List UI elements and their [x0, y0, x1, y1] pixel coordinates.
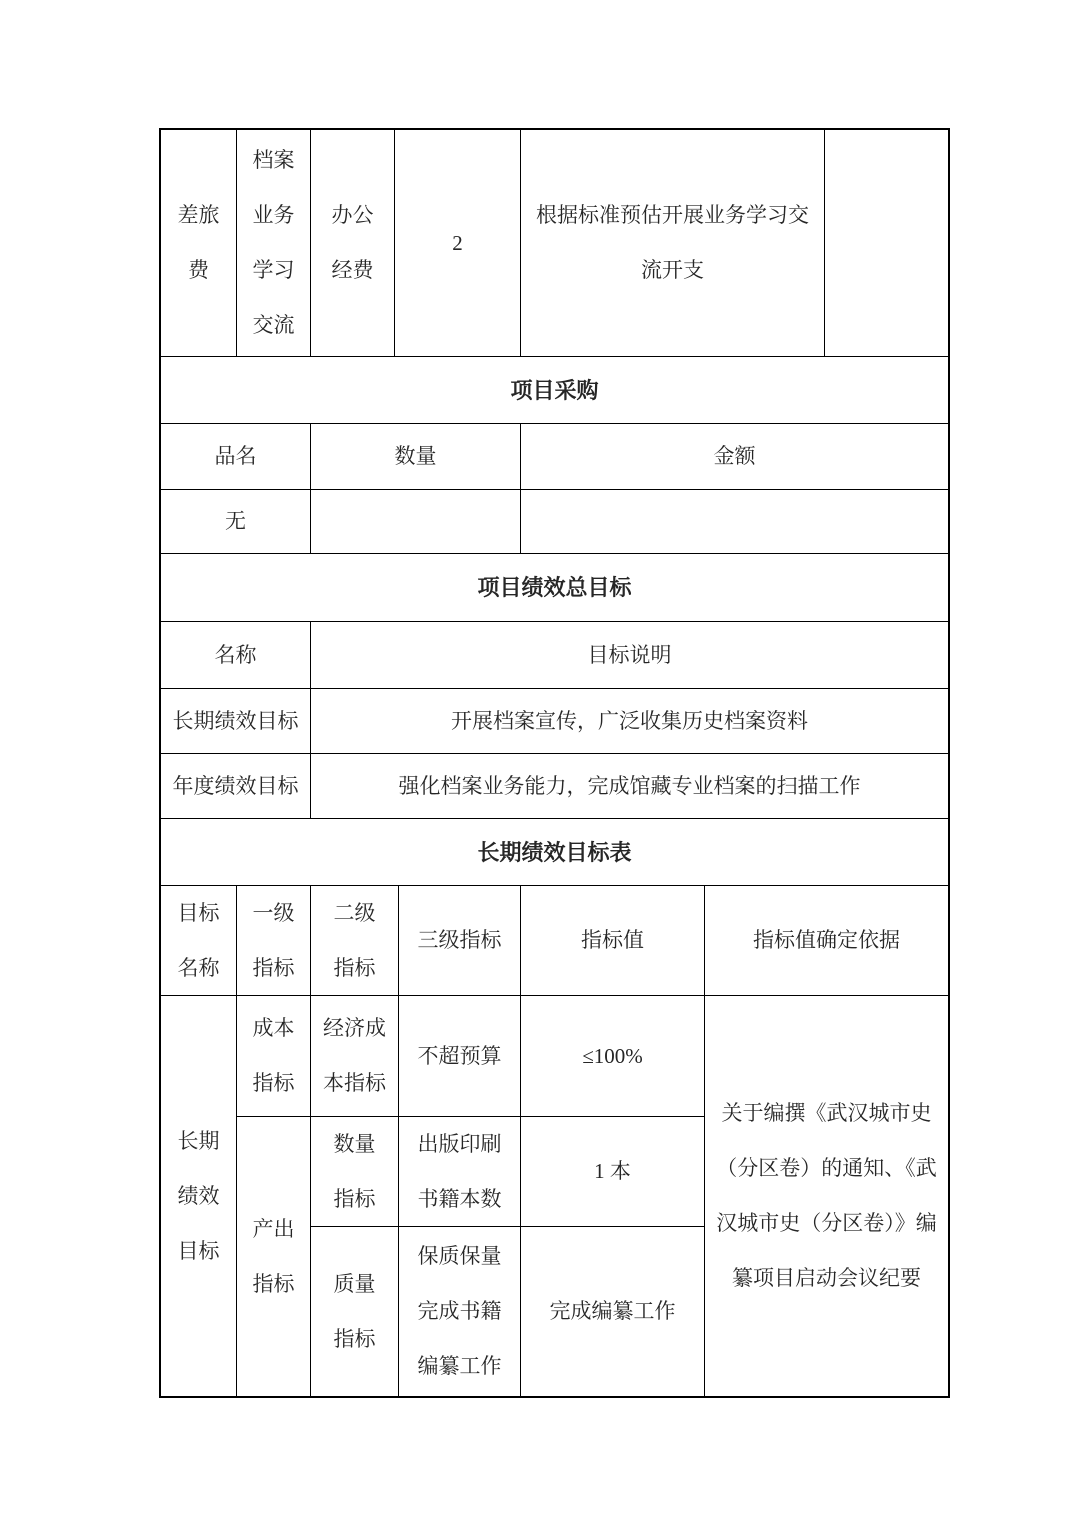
overall-goal-col-name: 名称: [161, 622, 311, 689]
budget-project-cell: 档案 业务 学习 交流: [237, 130, 311, 357]
indicator-header-goal-name: 目标 名称: [161, 886, 237, 996]
longterm-table-title-row: 长期绩效目标表: [161, 819, 948, 886]
procurement-col-amount: 金额: [521, 424, 948, 490]
performance-document-table: 差旅 费 档案 业务 学习 交流 办公 经费 2 根据标准预估开展业务学习交 流…: [159, 128, 950, 1398]
level2-quality-cell: 质量 指标: [311, 1227, 399, 1396]
indicator-header-basis: 指标值确定依据: [705, 886, 948, 996]
annual-goal-row: 年度绩效目标 强化档案业务能力，完成馆藏专业档案的扫描工作: [161, 754, 948, 819]
budget-note-cell: [825, 130, 948, 357]
level3-books-printed-cell: 出版印刷 书籍本数: [399, 1117, 521, 1227]
document-page: { "colors": { "background": "#ffffff", "…: [0, 0, 1074, 1520]
value-compile-books-cell: 完成编纂工作: [521, 1227, 705, 1396]
procurement-title-row: 项目采购: [161, 357, 948, 424]
overall-goal-header-row: 名称 目标说明: [161, 622, 948, 689]
level2-economic-cost-cell: 经济成 本指标: [311, 996, 399, 1117]
longterm-indicator-grid: 目标 名称 一级 指标 二级 指标 三级指标 指标值 指标值确定依据 长期 绩效…: [161, 886, 948, 1396]
level3-within-budget-cell: 不超预算: [399, 996, 521, 1117]
value-within-budget-cell: ≤100%: [521, 996, 705, 1117]
level1-cost-cell: 成本 指标: [237, 996, 311, 1117]
procurement-col-qty: 数量: [311, 424, 521, 490]
level2-quantity-cell: 数量 指标: [311, 1117, 399, 1227]
budget-funding-type-cell: 办公 经费: [311, 130, 395, 357]
longterm-table-title: 长期绩效目标表: [161, 819, 948, 886]
indicator-header-value: 指标值: [521, 886, 705, 996]
procurement-amount-cell: [521, 490, 948, 554]
level1-output-cell: 产出 指标: [237, 1117, 311, 1396]
indicator-header-level3: 三级指标: [399, 886, 521, 996]
procurement-title: 项目采购: [161, 357, 948, 424]
annual-goal-name-cell: 年度绩效目标: [161, 754, 311, 819]
budget-basis-cell: 根据标准预估开展业务学习交 流开支: [521, 130, 825, 357]
longterm-goal-name-cell: 长期绩效目标: [161, 689, 311, 754]
longterm-goal-row: 长期绩效目标 开展档案宣传，广泛收集历史档案资料: [161, 689, 948, 754]
procurement-qty-cell: [311, 490, 521, 554]
procurement-name-cell: 无: [161, 490, 311, 554]
overall-goal-title: 项目绩效总目标: [161, 554, 948, 622]
budget-detail-row: 差旅 费 档案 业务 学习 交流 办公 经费 2 根据标准预估开展业务学习交 流…: [161, 130, 948, 357]
indicator-basis-cell: 关于编撰《武汉城市史 （分区卷）的通知、《武 汉城市史（分区卷）》编 纂项目启动…: [705, 996, 948, 1396]
indicator-header-level1: 一级 指标: [237, 886, 311, 996]
value-books-printed-cell: 1 本: [521, 1117, 705, 1227]
annual-goal-desc-cell: 强化档案业务能力，完成馆藏专业档案的扫描工作: [311, 754, 948, 819]
overall-goal-title-row: 项目绩效总目标: [161, 554, 948, 622]
procurement-data-row: 无: [161, 490, 948, 554]
level3-compile-books-cell: 保质保量 完成书籍 编纂工作: [399, 1227, 521, 1396]
indicator-header-level2: 二级 指标: [311, 886, 399, 996]
overall-goal-col-desc: 目标说明: [311, 622, 948, 689]
budget-amount-cell: 2: [395, 130, 521, 357]
longterm-goal-desc-cell: 开展档案宣传，广泛收集历史档案资料: [311, 689, 948, 754]
procurement-col-name: 品名: [161, 424, 311, 490]
procurement-header-row: 品名 数量 金额: [161, 424, 948, 490]
budget-category-cell: 差旅 费: [161, 130, 237, 357]
indicator-goal-name-cell: 长期 绩效 目标: [161, 996, 237, 1396]
